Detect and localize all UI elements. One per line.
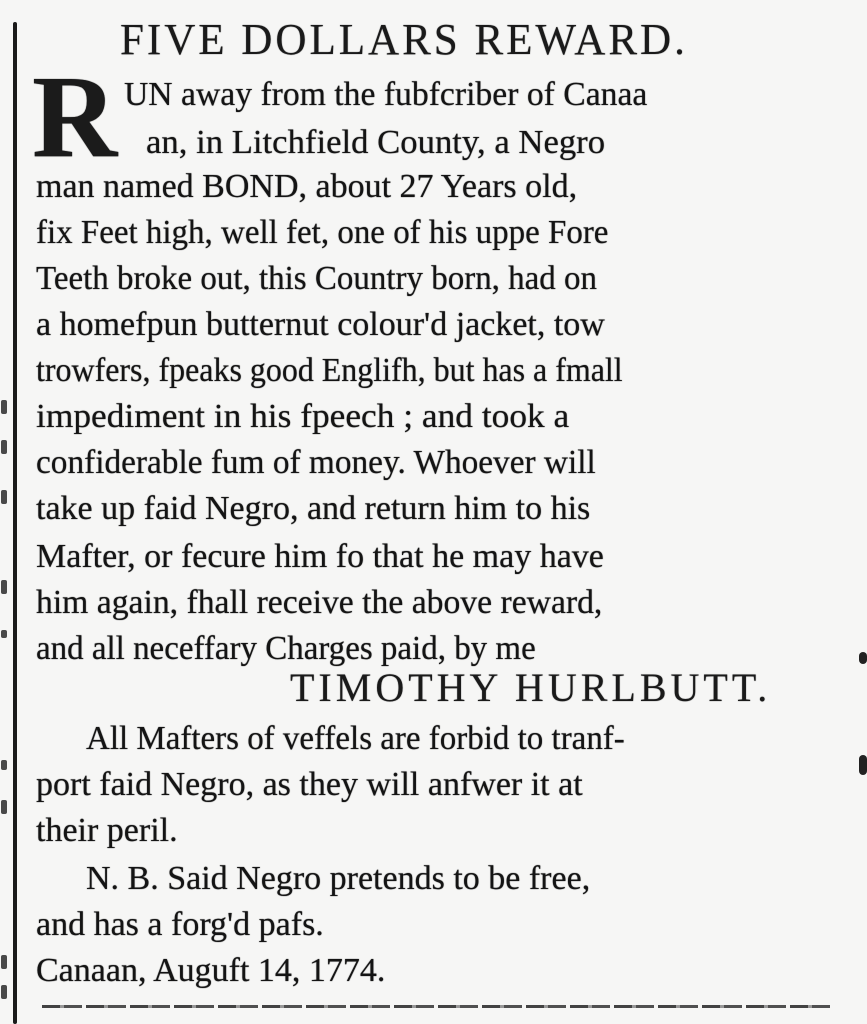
body-line: and all neceffary Charges paid, by me	[36, 632, 536, 666]
body-line: man named BOND, about 27 Years old,	[36, 170, 577, 204]
body-line: an, in Litchfield County, a Negro	[146, 126, 605, 160]
separator-rule	[42, 1005, 832, 1008]
body-line: confiderable fum of money. Whoever will	[36, 446, 596, 480]
body-line: fix Feet high, well fet, one of his uppe…	[36, 216, 608, 250]
dateline: Canaan, Auguft 14, 1774.	[36, 954, 385, 988]
body-line: take up faid Negro, and return him to hi…	[36, 492, 590, 526]
body-line: Teeth broke out, this Country born, had …	[36, 262, 597, 296]
newspaper-clipping: FIVE DOLLARS REWARD. R UN away from the …	[0, 0, 867, 1024]
body-line: impediment in his fpeech ; and took a	[36, 400, 569, 434]
signature: TIMOTHY HURLBUTT.	[290, 664, 771, 711]
column-rule	[13, 22, 17, 1024]
nb-line: N. B. Said Negro pretends to be free,	[86, 862, 590, 896]
nb-line: and has a forg'd pafs.	[36, 908, 324, 942]
body-line: a homefpun butternut colour'd jacket, to…	[36, 308, 605, 342]
notice-line: All Mafters of veffels are forbid to tra…	[86, 722, 625, 756]
adjacent-column-fragments	[0, 0, 10, 1024]
notice-line: port faid Negro, as they will anfwer it …	[36, 768, 583, 802]
body-line: him again, fhall receive the above rewar…	[36, 586, 602, 620]
body-line: Mafter, or fecure him fo that he may hav…	[36, 540, 604, 574]
notice-line: their peril.	[36, 814, 178, 848]
headline: FIVE DOLLARS REWARD.	[120, 14, 688, 65]
body-line: trowfers, fpeaks good Englifh, but has a…	[36, 354, 623, 388]
body-line: UN away from the fubfcriber of Canaa	[124, 78, 647, 112]
drop-cap: R	[32, 58, 117, 176]
